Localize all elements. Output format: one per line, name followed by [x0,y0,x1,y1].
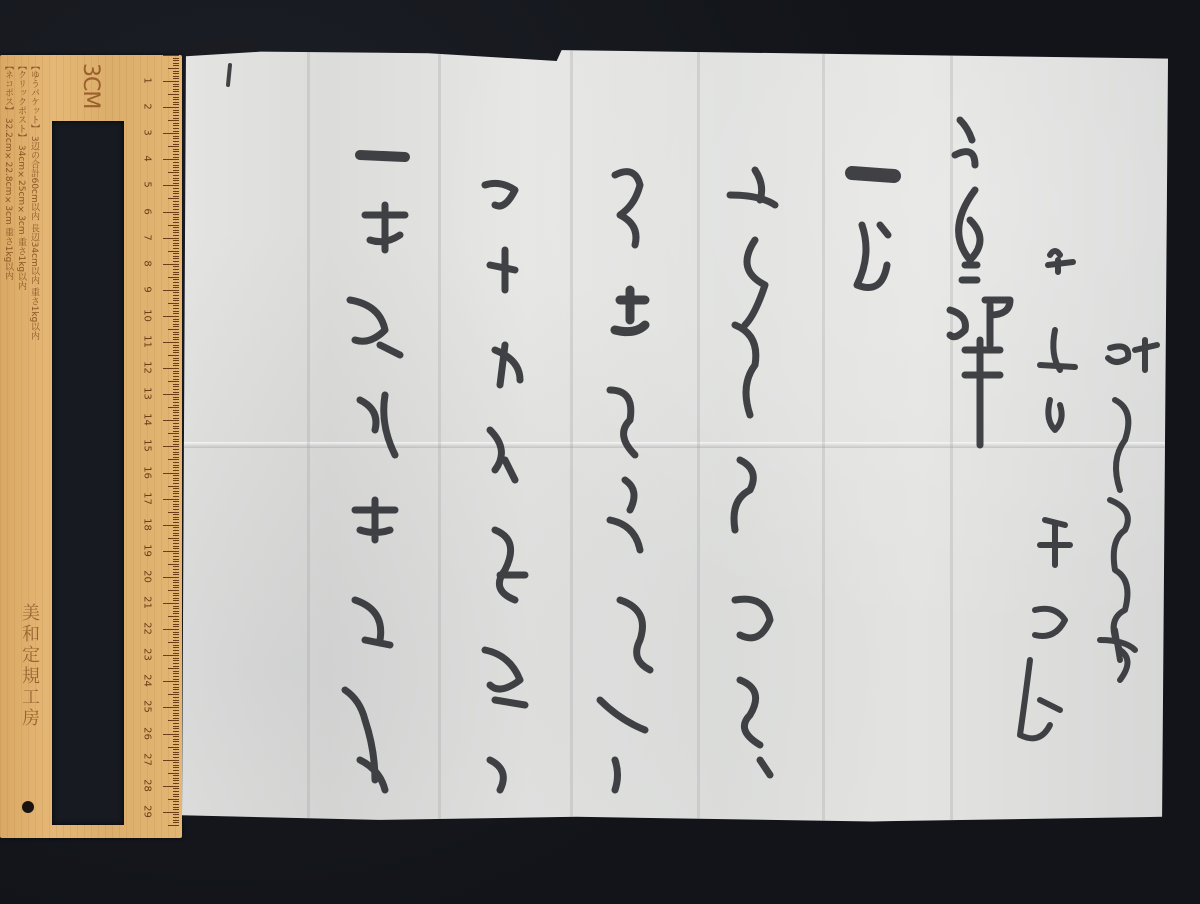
calligraphy-column-3 [950,120,1010,445]
calligraphy-column-1 [1100,340,1157,680]
calligraphy-column-8 [345,155,405,790]
calligraphy-ink [0,0,1200,904]
ink-mark [228,65,230,85]
calligraphy-column-4 [852,173,894,288]
calligraphy-column-2 [1020,251,1075,738]
calligraphy-column-6 [600,172,650,790]
calligraphy-column-7 [485,183,525,790]
calligraphy-column-5 [730,170,775,775]
